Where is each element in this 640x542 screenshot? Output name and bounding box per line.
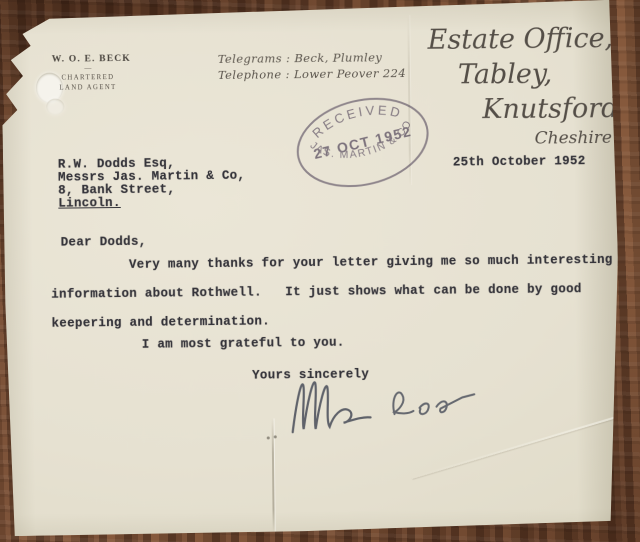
letter-date: 25th October 1952 bbox=[453, 154, 586, 169]
letterhead-contact-block: Telegrams : Beck, Plumley Telephone : Lo… bbox=[218, 49, 406, 83]
body-line: Very many thanks for your letter giving … bbox=[129, 253, 613, 272]
office-address-line: Knutsford, bbox=[482, 93, 627, 126]
agent-title-line2: LAND AGENT bbox=[52, 83, 124, 94]
ink-speck bbox=[274, 435, 277, 438]
recipient-line-underlined: Lincoln. bbox=[58, 197, 121, 211]
agent-name: W. O. E. BECK bbox=[52, 54, 124, 65]
ink-speck bbox=[267, 436, 270, 439]
office-address-line: Cheshire bbox=[535, 128, 613, 149]
salutation: Dear Dodds, bbox=[61, 235, 147, 250]
body-line: I am most grateful to you. bbox=[142, 336, 345, 352]
photo-of-letter-on-table: W. O. E. BECK — CHARTERED LAND AGENT Tel… bbox=[0, 0, 640, 542]
letter-sheet: W. O. E. BECK — CHARTERED LAND AGENT Tel… bbox=[0, 0, 621, 541]
body-line: keepering and determination. bbox=[51, 314, 270, 330]
handwritten-signature bbox=[286, 370, 487, 436]
telephone-line: Telephone : Lower Peover 224 bbox=[218, 65, 406, 83]
received-stamp: RECEIVED 27 OCT 1952 JAS. MARTIN & CO bbox=[278, 76, 447, 208]
letterhead-agent-block: W. O. E. BECK — CHARTERED LAND AGENT bbox=[52, 54, 124, 94]
telegrams-line: Telegrams : Beck, Plumley bbox=[218, 49, 406, 67]
body-line: information about Rothwell. It just show… bbox=[51, 282, 582, 302]
office-address-line: Estate Office, bbox=[427, 23, 613, 56]
paper-tear-mark bbox=[46, 99, 64, 115]
office-address-line: Tabley, bbox=[458, 58, 552, 90]
